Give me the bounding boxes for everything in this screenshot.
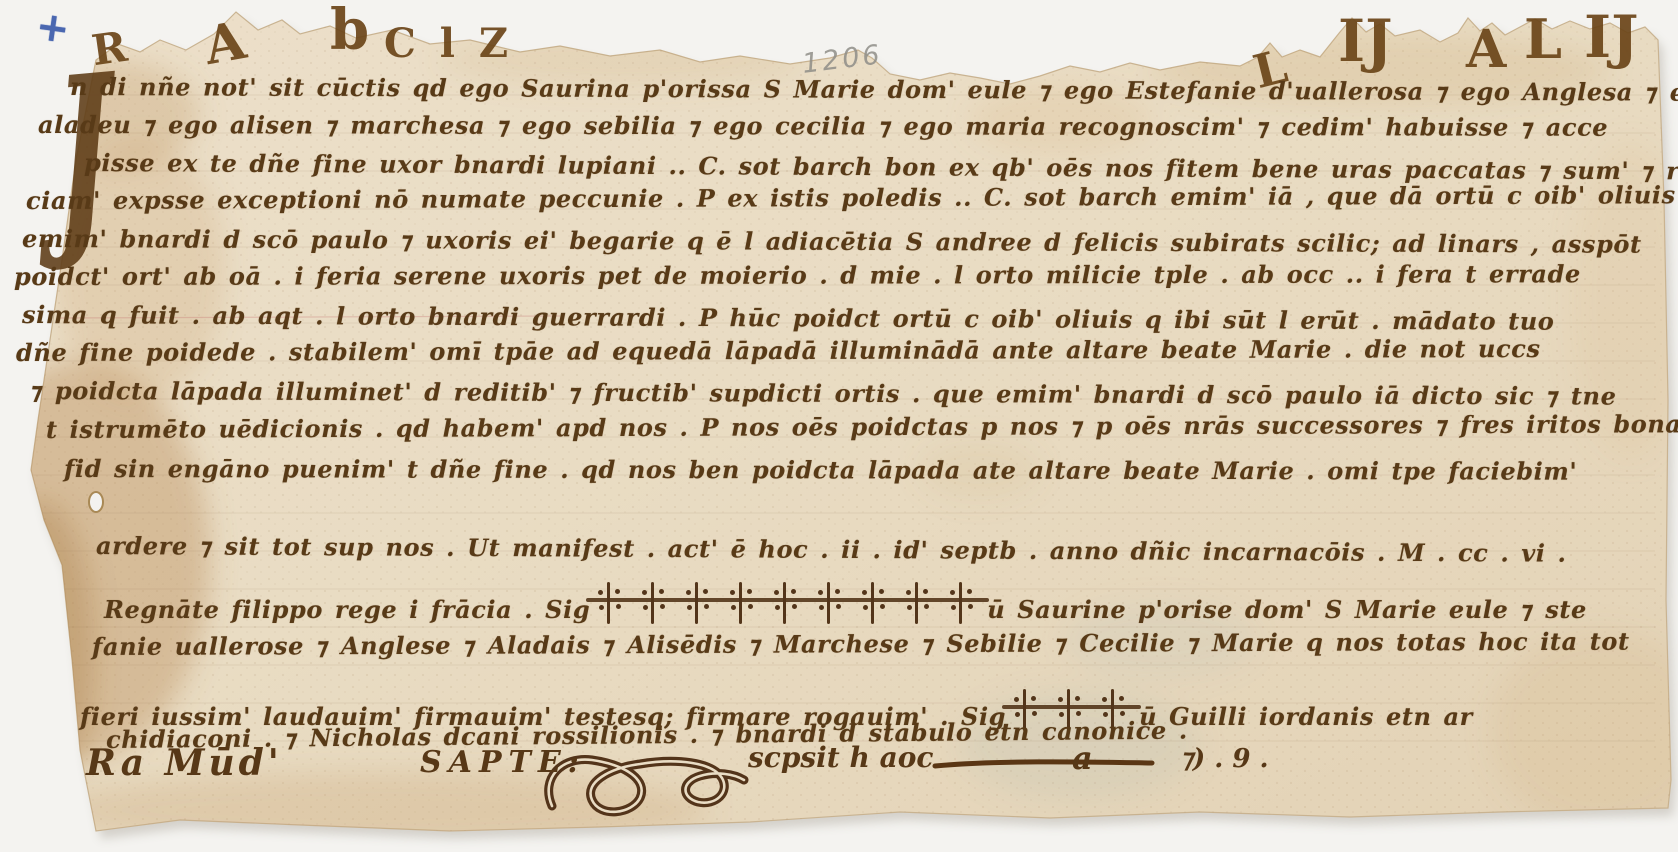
subscription-word: SAPTE:: [420, 748, 586, 778]
subscription-tail-marks: ⁊) . 9 .: [1180, 746, 1269, 772]
signature-cross-row-1: [594, 581, 975, 625]
manuscript-line-13-signa-nuns: Regnāte filippo rege i frācia . Sigū Sau…: [104, 574, 1587, 623]
subscription-letter-a: a: [1072, 742, 1093, 774]
manuscript-line-14: fanie uallerose ⁊ Anglese ⁊ Aladais ⁊ Al…: [92, 629, 1630, 661]
signature-cross: [770, 581, 799, 625]
manuscript-line-9: ⁊ poidcta lāpada illuminet' d reditib' ⁊…: [30, 378, 1617, 410]
scripsit-hoc-text: scpsit h aoc: [748, 744, 933, 772]
signature-cross: [858, 581, 887, 625]
chirograph-letter: A: [1466, 24, 1506, 76]
manuscript-line-2: aladeu ⁊ ego alisen ⁊ marchesa ⁊ ego seb…: [38, 112, 1608, 141]
manuscript-line-8: dñe fine poidede . stabilem' omī tpāe ad…: [16, 336, 1541, 366]
signature-cross: [726, 581, 755, 625]
chirograph-letter: C l Z: [384, 24, 513, 64]
signature-cross: [814, 581, 843, 625]
scribe-name: Ra Mūd': [86, 745, 283, 781]
manuscript-line-4: ciam' expsse exceptioni nō numate peccun…: [26, 182, 1678, 214]
signa-row2-post-text: ū Guilli iordanis etn ar: [1139, 702, 1473, 731]
manuscript-line-3: pisse ex te dñe fine uxor bnardi lupiani…: [84, 150, 1678, 185]
manuscript-line-10: t istrumēto uēdicionis . qd habem' apd n…: [46, 411, 1678, 443]
manuscript-line-6: poidct' ort' ab oā . i feria serene uxor…: [14, 261, 1581, 290]
chirograph-letter: b: [330, 2, 369, 58]
manuscript-line-11: fid sin engāno puenim' t dñe fine . qd n…: [64, 456, 1577, 485]
chirograph-letter: IJ: [1584, 8, 1639, 66]
signature-cross: [638, 581, 667, 625]
signa-row1-post-text: ū Saurine p'orise dom' S Marie eule ⁊ st…: [987, 595, 1587, 624]
pencil-date-annotation: 1206: [801, 41, 884, 78]
signa-row1-pre-text: Regnāte filippo rege i frācia . Sig: [104, 595, 590, 624]
chirograph-letter: A: [201, 15, 250, 73]
manuscript-line-12: ardere ⁊ sit tot sup nos . Ut manifest .…: [96, 533, 1567, 567]
signature-cross: [682, 581, 711, 625]
manuscript-line-1: n di nñe not' sit cūctis qd ego Saurina …: [70, 74, 1678, 106]
manuscript-line-7: sima q fuit . ab aqt . l orto bnardi gue…: [22, 302, 1555, 335]
signature-cross: [594, 581, 623, 625]
manuscript-line-5: emim' bnardi d scō paulo ⁊ uxoris ei' be…: [22, 226, 1642, 258]
signature-cross: [946, 581, 975, 625]
manuscript-text-layer: + 1206 R A b C l Z L IJ A L IJ J n di nñ…: [0, 0, 1678, 852]
chirograph-letter: IJ: [1338, 12, 1393, 70]
chirograph-letter: L: [1524, 12, 1562, 66]
signature-cross: [902, 581, 931, 625]
scanned-parchment-charter: + 1206 R A b C l Z L IJ A L IJ J n di nñ…: [0, 0, 1678, 852]
